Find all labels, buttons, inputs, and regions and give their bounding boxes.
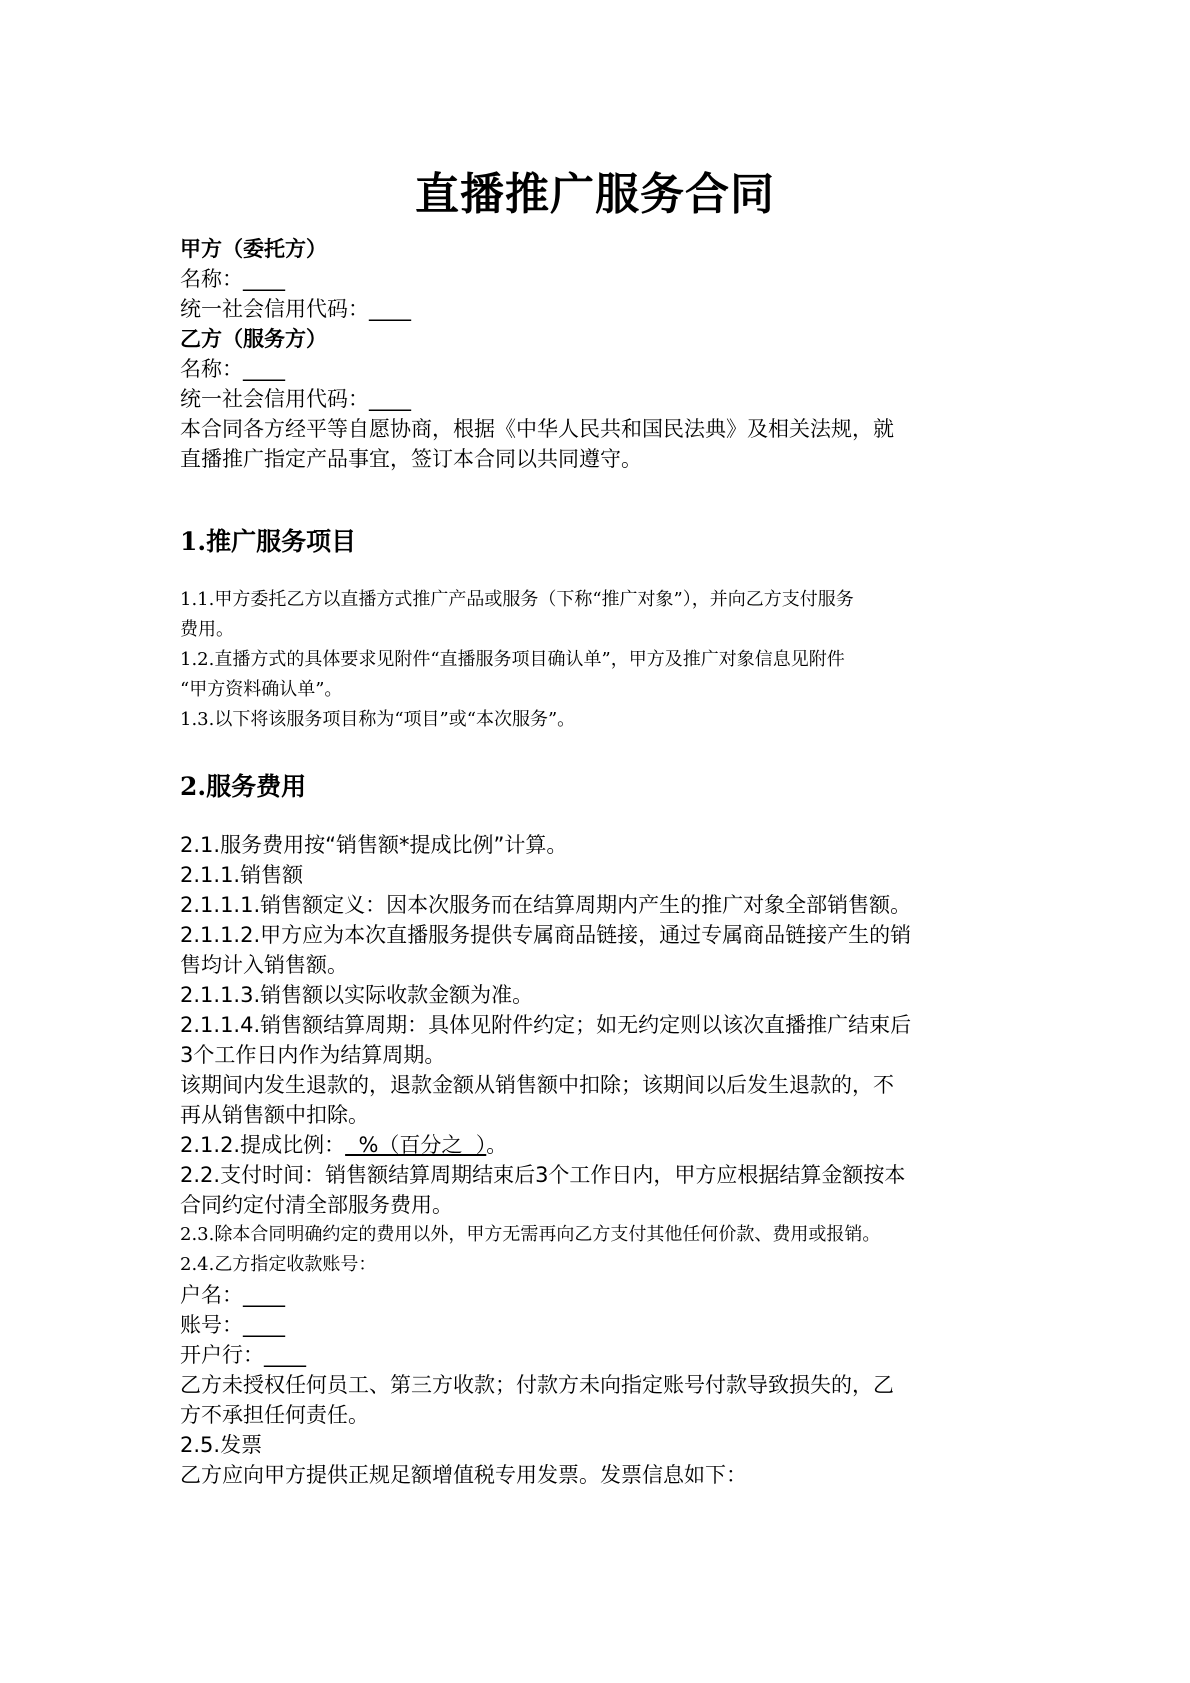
disclaimer-cont: 方不承担任何责任。 bbox=[180, 1400, 369, 1430]
clause-1-3: 1.3.以下将该服务项目称为“项目”或“本次服务”。 bbox=[180, 705, 575, 735]
account-name: 户名：____ bbox=[180, 1280, 285, 1310]
clause-2-4: 2.4.乙方指定收款账号： bbox=[180, 1250, 376, 1280]
clause-2-1-1-3: 2.1.1.3.销售额以实际收款金额为准。 bbox=[180, 980, 533, 1010]
party-a-name: 名称：____ bbox=[180, 264, 285, 294]
clause-1-2-cont: “甲方资料确认单”。 bbox=[180, 675, 342, 705]
party-b-code: 统一社会信用代码：____ bbox=[180, 384, 411, 414]
commission-rate-blank: %（百分之 ） bbox=[345, 1133, 486, 1157]
party-a-heading: 甲方（委托方） bbox=[180, 234, 327, 264]
clause-2-1-1: 2.1.1.销售额 bbox=[180, 860, 303, 890]
clause-2-3: 2.3.除本合同明确约定的费用以外，甲方无需再向乙方支付其他任何价款、费用或报销… bbox=[180, 1220, 880, 1250]
bank-name: 开户行：____ bbox=[180, 1340, 306, 1370]
clause-2-1-1-2-cont: 售均计入销售额。 bbox=[180, 950, 348, 980]
document-title: 直播推广服务合同 bbox=[0, 158, 1190, 222]
party-b-name: 名称：____ bbox=[180, 354, 285, 384]
clause-2-1-1-1: 2.1.1.1.销售额定义：因本次服务而在结算周期内产生的推广对象全部销售额。 bbox=[180, 890, 911, 920]
clause-1-1-cont: 费用。 bbox=[180, 615, 234, 645]
refund-rule: 该期间内发生退款的，退款金额从销售额中扣除；该期间以后发生退款的，不 bbox=[180, 1070, 894, 1100]
commission-label: 2.1.2.提成比例： bbox=[180, 1133, 345, 1157]
clause-1-1: 1.1.甲方委托乙方以直播方式推广产品或服务（下称“推广对象”），并向乙方支付服… bbox=[180, 585, 854, 615]
clause-2-1-1-2: 2.1.1.2.甲方应为本次直播服务提供专属商品链接，通过专属商品链接产生的销 bbox=[180, 920, 911, 950]
refund-rule-cont: 再从销售额中扣除。 bbox=[180, 1100, 369, 1130]
commission-end: 。 bbox=[486, 1133, 507, 1157]
party-a-code: 统一社会信用代码：____ bbox=[180, 294, 411, 324]
account-number: 账号：____ bbox=[180, 1310, 285, 1340]
clause-1-2: 1.2.直播方式的具体要求见附件“直播服务项目确认单”，甲方及推广对象信息见附件 bbox=[180, 645, 845, 675]
preamble-line: 直播推广指定产品事宜，签订本合同以共同遵守。 bbox=[180, 444, 642, 474]
clause-2-5: 2.5.发票 bbox=[180, 1430, 262, 1460]
section-1-heading: 1.推广服务项目 bbox=[180, 525, 356, 559]
contract-page: 直播推广服务合同 甲方（委托方） 名称：____ 统一社会信用代码：____ 乙… bbox=[0, 0, 1190, 1683]
clause-2-2: 2.2.支付时间：销售额结算周期结束后3个工作日内，甲方应根据结算金额按本 bbox=[180, 1160, 905, 1190]
party-b-heading: 乙方（服务方） bbox=[180, 324, 327, 354]
disclaimer: 乙方未授权任何员工、第三方收款；付款方未向指定账号付款导致损失的，乙 bbox=[180, 1370, 894, 1400]
section-2-heading: 2.服务费用 bbox=[180, 770, 306, 804]
clause-2-2-cont: 合同约定付清全部服务费用。 bbox=[180, 1190, 453, 1220]
preamble-line: 本合同各方经平等自愿协商，根据《中华人民共和国民法典》及相关法规，就 bbox=[180, 414, 894, 444]
clause-2-1-1-4: 2.1.1.4.销售额结算周期：具体见附件约定；如无约定则以该次直播推广结束后 bbox=[180, 1010, 911, 1040]
clause-2-1-1-4-cont: 3个工作日内作为结算周期。 bbox=[180, 1040, 445, 1070]
invoice-info: 乙方应向甲方提供正规足额增值税专用发票。发票信息如下： bbox=[180, 1460, 747, 1490]
clause-2-1: 2.1.服务费用按“销售额*提成比例”计算。 bbox=[180, 830, 567, 860]
clause-2-1-2: 2.1.2.提成比例： %（百分之 ）。 bbox=[180, 1130, 507, 1160]
